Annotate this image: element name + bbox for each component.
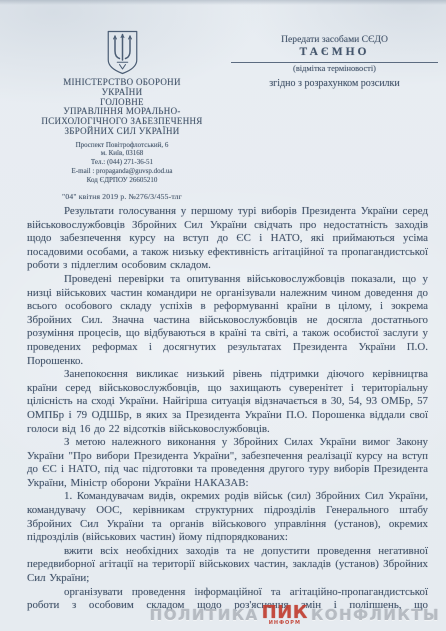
watermark-politika-text: ПОЛИТИКА — [150, 606, 259, 624]
header-right-block: Передати засобами СЄДО ТАЄМНО (відмітка … — [231, 34, 438, 90]
watermark-konflikty-text: КОНФЛИКТЫ — [311, 606, 440, 624]
phone-line: Тел.: (044) 271-36-51 — [26, 158, 218, 167]
transmit-note: Передати засобами СЄДО — [231, 34, 438, 45]
watermark-inform-text: ИНФОРМ — [269, 621, 301, 626]
pik-logo-icon: ПИК ИНФОРМ — [262, 604, 308, 626]
ukraine-trident-emblem-icon — [106, 30, 139, 75]
address-city: м. Київ, 03168 — [26, 149, 218, 158]
document-body: Результати голосування у першому турі ви… — [27, 205, 428, 613]
pik-inform-watermark: ПОЛИТИКА ПИК ИНФОРМ КОНФЛИКТЫ — [150, 604, 440, 626]
org-name-line: ЗБРОЙНИХ СИЛ УКРАЇНИ — [26, 127, 218, 137]
email-line: E-mail : propaganda@guvsp.dod.ua — [26, 167, 218, 176]
body-paragraph: Занепокоєння викликає низький рівень під… — [27, 368, 428, 436]
classification-stamp: ТАЄМНО — [231, 46, 438, 63]
body-paragraph: вжити всіх необхідних заходів та не допу… — [27, 545, 428, 586]
edrpou-line: Код ЄДРПОУ 26605210 — [26, 176, 218, 185]
distribution-note: згідно з розрахунком розсилки — [231, 78, 438, 90]
scanned-document-page: МІНІСТЕРСТВО ОБОРОНИ УКРАЇНИ ГОЛОВНЕ УПР… — [0, 0, 446, 631]
body-paragraph: Результати голосування у першому турі ви… — [27, 205, 428, 273]
body-paragraph: З метою належного виконання у Збройних С… — [27, 436, 428, 490]
address-street: Проспект Повітрофлотський, 6 — [26, 141, 218, 150]
urgency-note: (відмітка терміновості) — [231, 64, 438, 74]
body-paragraph: Проведені перевірки та опитування військ… — [27, 273, 428, 368]
date-reference-line: "04" квітня 2019 р. №276/3/455-тлг — [26, 192, 218, 201]
body-paragraph: 1. Командувачам видів, окремих родів вій… — [27, 490, 428, 544]
letterhead: МІНІСТЕРСТВО ОБОРОНИ УКРАЇНИ ГОЛОВНЕ УПР… — [26, 30, 218, 201]
org-address-block: Проспект Повітрофлотський, 6 м. Київ, 03… — [26, 141, 218, 185]
